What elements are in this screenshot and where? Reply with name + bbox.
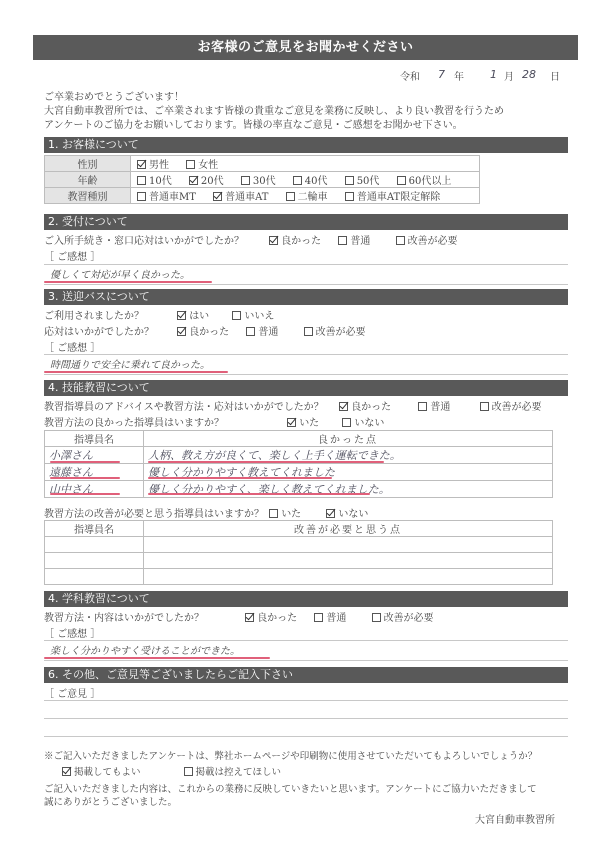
bus-no-option[interactable]: いいえ <box>232 307 274 322</box>
divider <box>44 264 568 265</box>
course-at-option[interactable]: 普通車AT <box>213 188 268 203</box>
improve-instructor-table: 指導員名 改善が必要と思う点 <box>44 520 553 585</box>
course-type-row: 教習種別 普通車MT 普通車AT 二輪車 普通車AT限定解除 <box>45 188 480 204</box>
consent-decline-option[interactable]: 掲載は控えてほしい <box>184 764 282 778</box>
highlight-underline <box>148 477 332 479</box>
checkbox-icon[interactable] <box>184 767 193 776</box>
date-year-unit: 年 <box>454 68 464 83</box>
section-5-header: 4. 学科教習について <box>44 591 568 607</box>
bus-comment-label: ［ ご感想 ］ <box>44 339 100 354</box>
reception-question: ご入所手続き・窓口応対はいかがでしたか？ <box>44 232 266 247</box>
lecture-question: 教習方法・内容はいかがでしたか？ <box>44 609 242 624</box>
highlight-underline <box>50 477 120 479</box>
improve-point-cell[interactable] <box>144 553 553 569</box>
checkbox-icon[interactable] <box>345 192 354 201</box>
instructor-name-cell[interactable] <box>45 569 144 585</box>
age-40s-option[interactable]: 40代 <box>293 172 328 187</box>
checkbox-checked-icon[interactable] <box>62 767 71 776</box>
reception-comment-label: ［ ご感想 ］ <box>44 248 100 263</box>
intro-text: ご卒業おめでとうございます！ 大宮自動車教習所では、ご卒業されます皆様の貴重なご… <box>44 91 584 133</box>
instructor-name-cell[interactable] <box>45 537 144 553</box>
date-month-unit: 月 <box>504 68 514 83</box>
age-label: 年齢 <box>45 172 131 188</box>
divider <box>44 700 568 701</box>
divider <box>44 736 568 737</box>
checkbox-icon[interactable] <box>286 192 295 201</box>
consent-question: ※ご記入いただきましたアンケートは、弊社ホームページや印刷物に使用させていただい… <box>44 750 537 763</box>
checkbox-icon[interactable] <box>137 192 146 201</box>
date-day-unit: 日 <box>550 68 560 83</box>
consent-allow-option[interactable]: 掲載してもよい <box>62 764 141 778</box>
intro-line-1: ご卒業おめでとうございます！ <box>44 91 584 105</box>
divider <box>44 718 568 719</box>
closing-message: ご記入いただきました内容は、これからの業務に反映していきたいと思います。アンケー… <box>44 783 537 809</box>
instructor-rating-row: 教習指導員のアドバイスや教習方法・応対はいかがでしたか？ 良かった 普通 改善が… <box>44 398 556 413</box>
improve-point-cell[interactable] <box>144 569 553 585</box>
lecture-question-row: 教習方法・内容はいかがでしたか？ 良かった 普通 改善が必要 <box>44 609 448 624</box>
gender-male-option[interactable]: 男性 <box>137 156 169 171</box>
section-6-header: 6. その他、ご意見等ございましたらご記入下さい <box>44 667 568 683</box>
checkbox-icon[interactable] <box>269 509 278 518</box>
reception-comment[interactable]: 優しくて対応が早く良かった。 <box>50 266 190 281</box>
bus-usage-row: ご利用されましたか？ はい いいえ <box>44 307 288 322</box>
good-instructor-question: 教習方法の良かった指導員はいますか？ <box>44 414 284 429</box>
bus-yes-option[interactable]: はい <box>177 307 209 322</box>
section-1-header: 1. お客様について <box>44 137 568 153</box>
bus-comment[interactable]: 時間通りで安全に乗れて良かった。 <box>50 356 210 371</box>
instructor-good-option[interactable]: 良かった <box>339 398 391 413</box>
course-mt-option[interactable]: 普通車MT <box>137 188 196 203</box>
other-comment-label: ［ ご意見 ］ <box>44 685 100 700</box>
bus-good-option[interactable]: 良かった <box>177 323 229 338</box>
date-era: 令和 <box>400 68 420 83</box>
consent-options-row: 掲載してもよい 掲載は控えてほしい <box>62 764 295 778</box>
instructor-normal-option[interactable]: 普通 <box>418 398 450 413</box>
highlight-underline <box>44 281 212 283</box>
checkbox-checked-icon[interactable] <box>137 160 146 169</box>
table-row <box>45 537 553 553</box>
checkbox-icon[interactable] <box>232 311 241 320</box>
good-instructor-row: 教習方法の良かった指導員はいますか？ いた いない <box>44 414 398 429</box>
divider <box>44 374 568 375</box>
checkbox-icon[interactable] <box>293 176 302 185</box>
age-60s-plus-option[interactable]: 60代以上 <box>397 172 452 187</box>
column-header-instructor: 指導員名 <box>45 431 144 447</box>
bad-instructor-row: 教習方法の改善が必要と思う指導員はいますか？ いた いない <box>44 505 382 520</box>
checkbox-checked-icon[interactable] <box>245 613 254 622</box>
closing-line-1: ご記入いただきました内容は、これからの業務に反映していきたいと思います。アンケー… <box>44 783 537 796</box>
age-20s-option[interactable]: 20代 <box>189 172 224 187</box>
reception-improve-option[interactable]: 改善が必要 <box>396 232 458 247</box>
checkbox-checked-icon[interactable] <box>269 236 278 245</box>
bad-instructor-question: 教習方法の改善が必要と思う指導員はいますか？ <box>44 505 266 520</box>
table-header-row: 指導員名 良かった点 <box>45 431 553 447</box>
highlight-underline <box>148 461 384 463</box>
course-at-limit-removal-option[interactable]: 普通車AT限定解除 <box>345 188 440 203</box>
table-header-row: 指導員名 改善が必要と思う点 <box>45 521 553 537</box>
bus-usage-question: ご利用されましたか？ <box>44 307 174 322</box>
gender-label: 性別 <box>45 156 131 172</box>
checkbox-checked-icon[interactable] <box>287 418 296 427</box>
checkbox-checked-icon[interactable] <box>326 509 335 518</box>
checkbox-icon[interactable] <box>396 236 405 245</box>
checkbox-icon[interactable] <box>246 327 255 336</box>
reception-normal-option[interactable]: 普通 <box>338 232 370 247</box>
checkbox-icon[interactable] <box>314 613 323 622</box>
bus-service-row: 応対はいかがでしたか？ 良かった 普通 改善が必要 <box>44 323 380 338</box>
reception-good-option[interactable]: 良かった <box>269 232 321 247</box>
intro-line-2: 大宮自動車教習所では、ご卒業されます皆様の貴重なご意見を業務に反映し、より良い教… <box>44 105 584 119</box>
instructor-improve-option[interactable]: 改善が必要 <box>480 398 542 413</box>
course-type-label: 教習種別 <box>45 188 131 204</box>
bus-normal-option[interactable]: 普通 <box>246 323 278 338</box>
checkbox-icon[interactable] <box>241 176 250 185</box>
course-motorcycle-option[interactable]: 二輪車 <box>286 188 328 203</box>
intro-line-3: アンケートのご協力をお願いしております。皆様の率直なご意見・ご感想をお聞かせ下さ… <box>44 119 584 133</box>
checkbox-icon[interactable] <box>342 418 351 427</box>
organization-name: 大宮自動車教習所 <box>475 811 555 826</box>
date-month[interactable]: 1 <box>490 68 497 81</box>
highlight-underline <box>148 493 370 495</box>
column-header-improve-point: 改善が必要と思う点 <box>144 521 553 537</box>
age-row: 年齢 10代 20代 30代 40代 50代 60代以上 <box>45 172 480 188</box>
divider <box>44 284 568 285</box>
highlight-underline <box>50 493 120 495</box>
checkbox-checked-icon[interactable] <box>177 311 186 320</box>
lecture-comment[interactable]: 楽しく分かりやすく受けることができた。 <box>50 642 240 657</box>
improve-point-cell[interactable] <box>144 537 553 553</box>
highlight-underline <box>44 657 270 659</box>
age-30s-option[interactable]: 30代 <box>241 172 276 187</box>
gender-female-option[interactable]: 女性 <box>186 156 218 171</box>
lecture-normal-option[interactable]: 普通 <box>314 609 346 624</box>
checkbox-checked-icon[interactable] <box>189 176 198 185</box>
instructor-rating-question: 教習指導員のアドバイスや教習方法・応対はいかがでしたか？ <box>44 398 336 413</box>
lecture-improve-option[interactable]: 改善が必要 <box>372 609 434 624</box>
bus-service-question: 応対はいかがでしたか？ <box>44 323 174 338</box>
section-4-header: 4. 技能教習について <box>44 380 568 396</box>
checkbox-checked-icon[interactable] <box>177 327 186 336</box>
divider <box>44 640 568 641</box>
column-header-instructor: 指導員名 <box>45 521 144 537</box>
checkbox-icon[interactable] <box>480 402 489 411</box>
instructor-name-cell[interactable] <box>45 553 144 569</box>
age-50s-option[interactable]: 50代 <box>345 172 380 187</box>
checkbox-icon[interactable] <box>137 176 146 185</box>
column-header-good-point: 良かった点 <box>144 431 553 447</box>
date-day[interactable]: 28 <box>522 68 536 81</box>
checkbox-icon[interactable] <box>418 402 427 411</box>
lecture-comment-label: ［ ご感想 ］ <box>44 625 100 640</box>
checkbox-icon[interactable] <box>304 327 313 336</box>
highlight-underline <box>44 371 228 373</box>
good-instructor-no-option[interactable]: いない <box>342 414 384 429</box>
bus-improve-option[interactable]: 改善が必要 <box>304 323 366 338</box>
section-2-header: 2. 受付について <box>44 214 568 230</box>
date-year[interactable]: 7 <box>438 68 445 81</box>
good-instructor-table: 指導員名 良かった点 小澤さん 人柄、教え方が良くて、楽しく上手く運転できた。 … <box>44 430 553 498</box>
checkbox-icon[interactable] <box>345 176 354 185</box>
table-row <box>45 553 553 569</box>
divider <box>44 354 568 355</box>
checkbox-icon[interactable] <box>338 236 347 245</box>
bad-instructor-no-option[interactable]: いない <box>326 505 368 520</box>
date-row: 令和 7 年 1 月 28 日 <box>400 68 570 84</box>
reception-question-row: ご入所手続き・窓口応対はいかがでしたか？ 良かった 普通 改善が必要 <box>44 232 472 247</box>
customer-info-table: 性別 男性 女性 年齢 10代 20代 30代 40代 50代 60代以上 教習… <box>44 155 480 204</box>
checkbox-icon[interactable] <box>186 160 195 169</box>
checkbox-checked-icon[interactable] <box>213 192 222 201</box>
lecture-good-option[interactable]: 良かった <box>245 609 297 624</box>
form-title: お客様のご意見をお聞かせください <box>33 35 578 60</box>
highlight-underline <box>50 461 120 463</box>
age-10s-option[interactable]: 10代 <box>137 172 172 187</box>
divider <box>44 660 568 661</box>
closing-line-2: 誠にありがとうございました。 <box>44 796 537 809</box>
table-row <box>45 569 553 585</box>
section-3-header: 3. 送迎バスについて <box>44 289 568 305</box>
checkbox-icon[interactable] <box>397 176 406 185</box>
gender-row: 性別 男性 女性 <box>45 156 480 172</box>
bad-instructor-yes-option[interactable]: いた <box>269 505 301 520</box>
good-instructor-yes-option[interactable]: いた <box>287 414 319 429</box>
checkbox-checked-icon[interactable] <box>339 402 348 411</box>
checkbox-icon[interactable] <box>372 613 381 622</box>
